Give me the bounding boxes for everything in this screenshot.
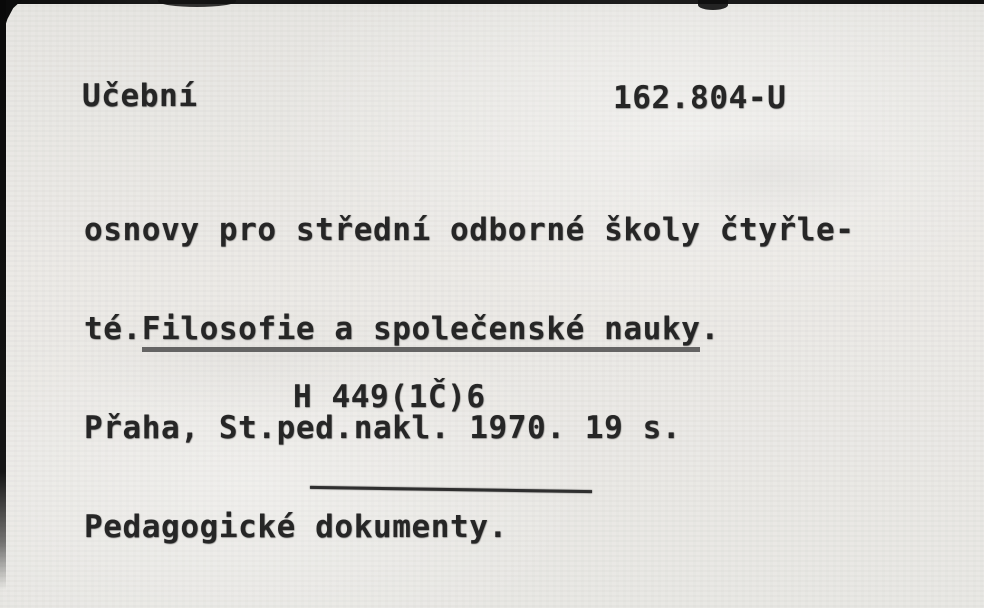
- body-line-3: Přaha, St.ped.nakl. 1970. 19 s.: [84, 412, 855, 445]
- shelf-mark: H 449(1Č)6: [293, 381, 486, 414]
- catalog-card-scan: Učební 162.804-U osnovy pro střední odbo…: [0, 0, 984, 608]
- bibliographic-body: osnovy pro střední odborné školy čtyřle-…: [84, 148, 855, 608]
- body-line-2-suffix: .: [700, 311, 719, 347]
- heading-word: Učební: [82, 80, 198, 113]
- body-line-4: Pedagogické dokumenty.: [84, 511, 855, 544]
- scan-edge-left: [0, 0, 6, 590]
- body-line-1: osnovy pro střední odborné školy čtyřle-: [84, 214, 855, 247]
- call-number: 162.804-U: [613, 82, 786, 115]
- scan-edge-blob: [698, 0, 728, 10]
- underlined-title: Filosofie a společenské nauky: [142, 311, 701, 352]
- scan-edge-top: [0, 0, 984, 4]
- body-line-2-prefix: té.: [84, 311, 142, 347]
- body-line-2: té.Filosofie a společenské nauky.: [84, 313, 855, 346]
